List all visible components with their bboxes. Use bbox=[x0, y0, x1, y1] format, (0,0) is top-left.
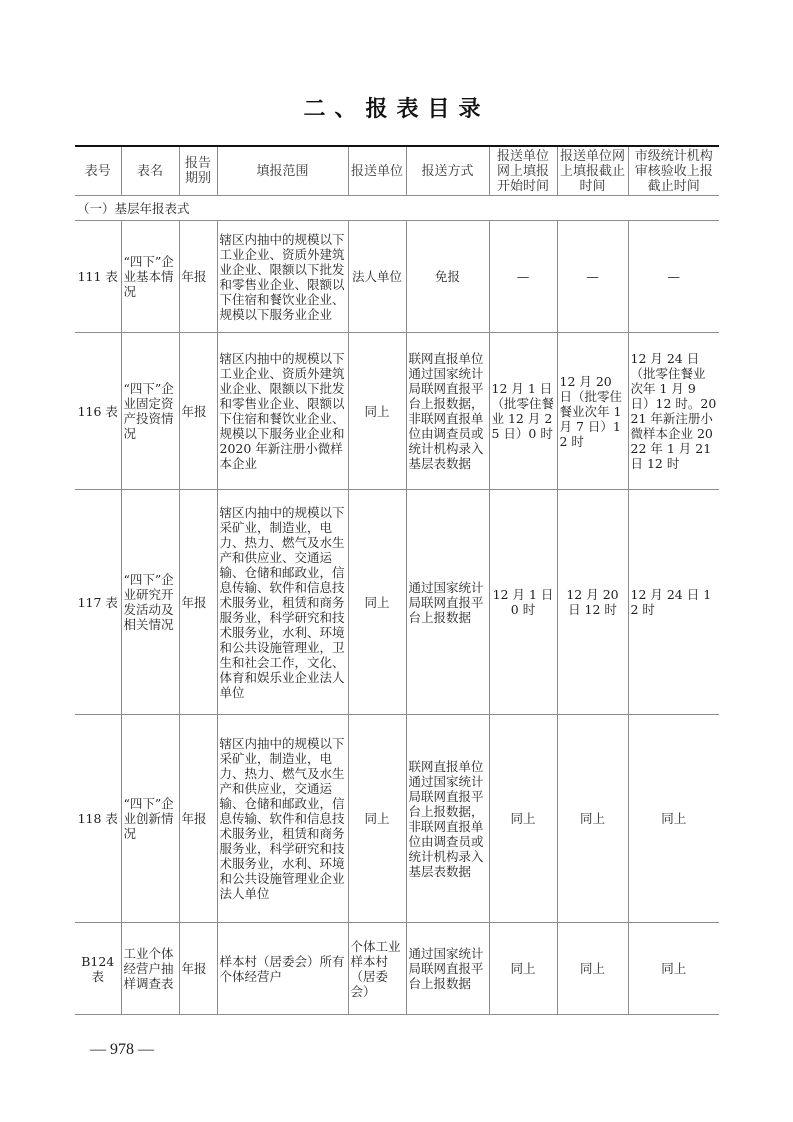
cell-start-time: 12 月 1 日（批零住餐业 12 月 25 日）0 时 bbox=[489, 333, 557, 490]
cell-unit: 同上 bbox=[348, 490, 406, 715]
cell-name: “四下”企业研究开发活动及相关情况 bbox=[121, 490, 179, 715]
cell-city-deadline: 12 月 24 日（批零住餐业次年 1 月 9 日）12 时。2021 年新注册… bbox=[628, 333, 719, 490]
cell-scope: 样本村（居委会）所有个体经营户 bbox=[217, 923, 348, 1015]
cell-method: 通过国家统计局联网直报平台上报数据 bbox=[406, 923, 489, 1015]
cell-unit: 同上 bbox=[348, 333, 406, 490]
cell-code: 117 表 bbox=[75, 490, 121, 715]
cell-start-time: 同上 bbox=[489, 715, 557, 923]
cell-city-deadline: 12 月 24 日 12 时 bbox=[628, 490, 719, 715]
table-row: 117 表 “四下”企业研究开发活动及相关情况 年报 辖区内抽中的规模以下采矿业… bbox=[75, 490, 719, 715]
header-method: 报送方式 bbox=[406, 146, 489, 196]
cell-name: “四下”企业固定资产投资情况 bbox=[121, 333, 179, 490]
cell-name: “四下”企业基本情况 bbox=[121, 221, 179, 333]
cell-period: 年报 bbox=[179, 923, 217, 1015]
cell-period: 年报 bbox=[179, 490, 217, 715]
cell-period: 年报 bbox=[179, 715, 217, 923]
cell-city-deadline: 同上 bbox=[628, 923, 719, 1015]
cell-name: 工业个体经营户抽样调查表 bbox=[121, 923, 179, 1015]
table-row: B124 表 工业个体经营户抽样调查表 年报 样本村（居委会）所有个体经营户 个… bbox=[75, 923, 719, 1015]
cell-method: 免报 bbox=[406, 221, 489, 333]
cell-period: 年报 bbox=[179, 221, 217, 333]
cell-city-deadline: 同上 bbox=[628, 715, 719, 923]
cell-end-time: 12 月 20 日 12 时 bbox=[557, 490, 628, 715]
table-row: 118 表 “四下”企业创新情况 年报 辖区内抽中的规模以下采矿业，制造业，电力… bbox=[75, 715, 719, 923]
header-name: 表名 bbox=[121, 146, 179, 196]
header-city-deadline: 市级统计机构审核验收上报截止时间 bbox=[628, 146, 719, 196]
cell-scope: 辖区内抽中的规模以下采矿业，制造业，电力、热力、燃气及水生产和供应业、交通运输、… bbox=[217, 490, 348, 715]
cell-end-time: 同上 bbox=[557, 715, 628, 923]
cell-method: 通过国家统计局联网直报平台上报数据 bbox=[406, 490, 489, 715]
cell-city-deadline: — bbox=[628, 221, 719, 333]
cell-period: 年报 bbox=[179, 333, 217, 490]
table-header-row: 表号 表名 报告期别 填报范围 报送单位 报送方式 报送单位网上填报开始时间 报… bbox=[75, 146, 719, 196]
table-row: 111 表 “四下”企业基本情况 年报 辖区内抽中的规模以下工业企业、资质外建筑… bbox=[75, 221, 719, 333]
header-end-time: 报送单位网上填报截止时间 bbox=[557, 146, 628, 196]
cell-name: “四下”企业创新情况 bbox=[121, 715, 179, 923]
header-period: 报告期别 bbox=[179, 146, 217, 196]
page-number: — 978 — bbox=[90, 1041, 154, 1059]
page-title: 二、报表目录 bbox=[0, 92, 793, 123]
header-scope: 填报范围 bbox=[217, 146, 348, 196]
cell-scope: 辖区内抽中的规模以下工业企业、资质外建筑业企业、限额以下批发和零售业企业、限额以… bbox=[217, 221, 348, 333]
header-code: 表号 bbox=[75, 146, 121, 196]
cell-scope: 辖区内抽中的规模以下采矿业，制造业，电力、热力、燃气及水生产和供应业，交通运输、… bbox=[217, 715, 348, 923]
cell-end-time: 同上 bbox=[557, 923, 628, 1015]
cell-end-time: — bbox=[557, 221, 628, 333]
cell-unit: 同上 bbox=[348, 715, 406, 923]
cell-code: 111 表 bbox=[75, 221, 121, 333]
cell-method: 联网直报单位通过国家统计局联网直报平台上报数据，非联网直报单位由调查员或统计机构… bbox=[406, 715, 489, 923]
cell-code: 118 表 bbox=[75, 715, 121, 923]
cell-end-time: 12 月 20 日（批零住餐业次年 1 月 7 日）12 时 bbox=[557, 333, 628, 490]
section-row: （一）基层年报表式 bbox=[75, 196, 719, 221]
cell-scope: 辖区内抽中的规模以下工业企业、资质外建筑业企业、限额以下批发和零售业企业、限额以… bbox=[217, 333, 348, 490]
cell-code: 116 表 bbox=[75, 333, 121, 490]
cell-start-time: 同上 bbox=[489, 923, 557, 1015]
cell-unit: 法人单位 bbox=[348, 221, 406, 333]
cell-start-time: — bbox=[489, 221, 557, 333]
report-catalog-table: 表号 表名 报告期别 填报范围 报送单位 报送方式 报送单位网上填报开始时间 报… bbox=[75, 145, 719, 1015]
cell-start-time: 12 月 1 日 0 时 bbox=[489, 490, 557, 715]
section-title: （一）基层年报表式 bbox=[75, 196, 719, 221]
header-start-time: 报送单位网上填报开始时间 bbox=[489, 146, 557, 196]
cell-unit: 个体工业样本村（居委会） bbox=[348, 923, 406, 1015]
cell-code: B124 表 bbox=[75, 923, 121, 1015]
table-row: 116 表 “四下”企业固定资产投资情况 年报 辖区内抽中的规模以下工业企业、资… bbox=[75, 333, 719, 490]
cell-method: 联网直报单位通过国家统计局联网直报平台上报数据，非联网直报单位由调查员或统计机构… bbox=[406, 333, 489, 490]
header-unit: 报送单位 bbox=[348, 146, 406, 196]
